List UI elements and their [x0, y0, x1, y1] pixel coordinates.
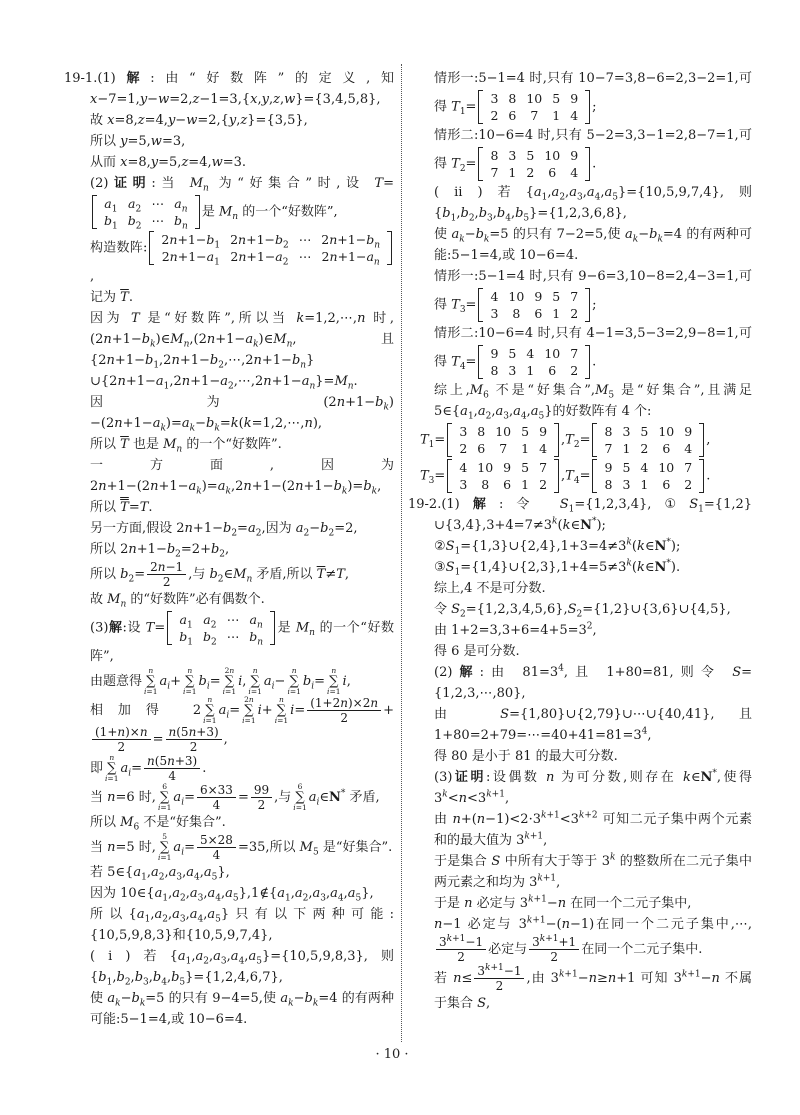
math-var: n: [287, 340, 293, 350]
matrix-cell: b2: [198, 628, 222, 645]
subscript: 3: [198, 894, 204, 904]
matrix-cell: 3: [454, 476, 472, 493]
fraction: 3k+1−12: [474, 964, 524, 993]
solution-paragraph: 于是集合 S 中所有大于等于 3k 的整数所在二元子集中两元素之和均为 3k+1…: [408, 851, 752, 893]
matrix-cell: 3: [503, 147, 521, 164]
matrix-cell: 4: [521, 345, 539, 362]
subscript: k: [313, 999, 318, 1009]
matrix-cell: 7: [599, 440, 617, 457]
subscript: 2: [219, 550, 225, 560]
math-var: b: [442, 206, 450, 221]
matrix-cell: 2n+1−bn: [316, 231, 385, 248]
math-var: k: [244, 416, 252, 431]
math-var: a: [225, 886, 233, 901]
bold-label: 解: [108, 621, 122, 636]
superscript: k+1: [486, 790, 505, 800]
solution-paragraph: 令 S2={1,2,3,4,5,6},S2={1,2}∪{3,6}∪{4,5},: [408, 599, 752, 620]
subscript: 1: [468, 412, 474, 422]
subscript: 1: [285, 894, 291, 904]
math-var: n: [243, 479, 251, 494]
superscript: k+1: [537, 874, 556, 884]
matrix-cell: a2: [123, 195, 147, 212]
matrix-cell: 4: [565, 107, 583, 124]
superscript: 4: [558, 664, 564, 674]
math-var: n: [182, 374, 190, 389]
superscript: k+1: [485, 963, 504, 973]
math-var: k: [682, 970, 687, 980]
solution-paragraph: 使 ak−bk=5 的只有 7−2=5,使 ak−bk=4 的有两种可能:5−1…: [408, 224, 752, 266]
math-var: b: [303, 674, 311, 689]
subscript: 1: [455, 568, 461, 578]
math-var: N: [580, 518, 592, 533]
matrix-bracket-left: [478, 147, 483, 181]
math-var: n: [107, 840, 115, 855]
solution-paragraph: T1=38105926714,T2=83510971264,: [408, 422, 752, 458]
math-var: i: [317, 798, 320, 808]
math-var: b: [98, 970, 106, 985]
matrix-cell: 10: [653, 423, 679, 440]
matrix-cell: 2n+1−b1: [156, 231, 225, 248]
matrix-cell: 7: [485, 164, 503, 181]
math-var: k: [537, 874, 542, 884]
subscript: 6: [133, 823, 139, 833]
math-var: k: [140, 999, 145, 1009]
math-var: k: [313, 999, 318, 1009]
matrix-cell: a1: [99, 195, 123, 212]
solution-paragraph: 情形二:10−6=4 时,只有 5−2=3,3−1=2,8−7=1,可得 T2=…: [408, 125, 752, 182]
summation: n∑i=1: [144, 667, 157, 696]
subscript: 3: [577, 193, 583, 203]
subscript: 4: [505, 214, 511, 224]
matrix-cell: 5: [547, 288, 565, 305]
math-var: y: [120, 134, 127, 149]
math-var: S: [560, 497, 569, 512]
summation: 2n∑i=1: [242, 696, 255, 725]
math-var: M: [296, 621, 309, 636]
math-var: n: [246, 575, 252, 585]
matrix-bracket-left: [478, 288, 483, 322]
solution-paragraph: 当 n=5 时,5∑i=1ai=5×284=35,所以 M5 是“好集合”.: [64, 833, 394, 862]
fraction: (1+2n)×2n2: [307, 696, 381, 725]
matrix-cell: 9: [529, 288, 547, 305]
matrix-cell: 8: [503, 90, 521, 107]
matrix-cell: 6: [498, 476, 516, 493]
superscript: 2: [587, 622, 593, 632]
subscript: 2: [159, 873, 165, 883]
fraction: 3k+1−12: [436, 935, 486, 964]
subscript: n: [309, 628, 315, 638]
math-var: n: [608, 971, 616, 986]
math-var: M: [219, 205, 232, 220]
math-var: k: [214, 424, 219, 434]
math-var: k: [442, 790, 447, 800]
math-var: k: [150, 340, 155, 350]
math-var: T: [120, 290, 129, 305]
subscript: 3: [176, 873, 182, 883]
subscript: i: [317, 798, 320, 808]
math-var: k: [579, 811, 584, 821]
math-var: i: [158, 803, 160, 812]
matrix: 95410783162: [478, 345, 590, 379]
fraction: 6×334: [197, 783, 236, 812]
matrix-cell: ⋯: [294, 231, 317, 248]
subscript: k: [459, 235, 464, 245]
matrix-cell: ⋯: [294, 248, 317, 265]
subscript: 5: [612, 193, 618, 203]
matrix-cell: 10: [521, 90, 547, 107]
math-var: T: [451, 157, 460, 172]
math-var: T: [317, 567, 326, 582]
math-var: k: [372, 487, 377, 497]
subscript: 1: [460, 107, 466, 117]
solution-paragraph: 所以 T=T.: [64, 497, 394, 518]
math-var: T: [420, 469, 429, 484]
math-var: i: [293, 803, 295, 812]
solution-paragraph: 相加得 2n∑i=1ai=2n∑i=1i+n∑i=1i=(1+2n)×2n2+(…: [64, 696, 394, 754]
math-var: n: [238, 232, 246, 247]
subscript: 5: [523, 214, 529, 224]
subscript: k: [383, 403, 388, 413]
math-var: z: [138, 113, 145, 128]
math-var: S: [500, 707, 509, 722]
subscript: 5: [608, 391, 614, 401]
matrix-bracket-left: [92, 195, 97, 229]
math-var: k: [115, 999, 120, 1009]
matrix-cell: ⋯: [222, 628, 245, 645]
subscript: 4: [194, 873, 200, 883]
math-var: T: [120, 500, 129, 515]
subscript: i: [128, 769, 131, 779]
matrix-bracket-right: [699, 459, 704, 493]
matrix-cell: b1: [99, 212, 123, 229]
math-var: n: [120, 600, 126, 610]
math-var: y: [140, 92, 147, 107]
math-var: k: [683, 770, 691, 785]
subscript: n: [176, 445, 182, 455]
math-var: n: [295, 479, 303, 494]
matrix-cell: 4: [454, 459, 472, 476]
math-var: i: [238, 674, 242, 689]
math-var: M: [273, 332, 286, 347]
subscript: k: [253, 340, 258, 350]
matrix-cell: 3: [503, 362, 521, 379]
bold-label: 证明: [452, 770, 486, 785]
solution-paragraph: 所以 y=5,w=3,: [64, 131, 394, 152]
left-column: 19-1.(1)解:由“好数阵”的定义,知 x−7=1,y−w=2,z−1=3,…: [64, 68, 394, 1030]
matrix-bracket-right: [585, 288, 590, 322]
math-var: a: [295, 886, 303, 901]
bold-label: 证明: [108, 176, 151, 191]
math-var: n: [300, 361, 306, 371]
math-var: S: [446, 560, 455, 575]
matrix-cell: 5: [521, 147, 539, 164]
subscript: k: [214, 424, 219, 434]
subscript: n: [300, 361, 306, 371]
matrix: a1a2⋯anb1b2⋯bn: [167, 611, 275, 645]
math-var: T: [336, 567, 345, 582]
math-var: k: [563, 518, 571, 533]
math-var: n: [257, 638, 263, 648]
matrix: 95410783162: [592, 459, 704, 493]
solution-paragraph: ③S1={1,4}∪{2,3},1+4=5≠3k(k∈N*).: [408, 557, 752, 578]
math-var: n: [169, 232, 177, 247]
math-var: x: [120, 155, 127, 170]
math-var: k: [657, 235, 662, 245]
column-divider: [401, 64, 402, 1042]
matrix-cell: 7: [565, 345, 583, 362]
math-var: a: [264, 674, 272, 689]
solution-paragraph: 得 6 是可分数.: [408, 641, 752, 662]
superscript: *: [712, 769, 717, 779]
solution-paragraph: 所以 b2=2n−12,与 b2∈Mn 矛盾,所以 T≠T,: [64, 560, 394, 589]
math-var: b: [199, 674, 207, 689]
math-var: a: [275, 249, 282, 264]
subscript: n: [374, 258, 380, 268]
subscript: 2: [460, 164, 466, 174]
math-var: M: [190, 176, 203, 191]
superscript: *: [666, 538, 671, 548]
math-var: n: [185, 521, 193, 536]
subscript: k: [160, 424, 165, 434]
matrix-cell: ⋯: [222, 611, 245, 628]
math-var: i: [287, 687, 289, 696]
matrix-cell: 5: [503, 345, 521, 362]
subscript: 2: [228, 382, 234, 392]
subscript: 2: [328, 529, 334, 539]
math-var: b: [305, 991, 313, 1006]
summation: n∑i=1: [287, 667, 300, 696]
matrix-bracket-right: [387, 231, 392, 265]
solution-paragraph: 由题意得n∑i=1ai+n∑i=1bi=2n∑i=1i,n∑i=1ai−n∑i=…: [64, 667, 394, 696]
math-var: a: [174, 196, 181, 211]
matrix-bracket-right: [270, 611, 275, 645]
matrix-cell: a1: [174, 611, 198, 628]
matrix-cell: 9: [565, 147, 583, 164]
math-var: n: [546, 770, 554, 785]
solution-paragraph: (2)解:由 81=34,且 1+80=81,则令 S={1,2,3,⋯,80}…: [408, 662, 752, 704]
math-var: T: [451, 298, 460, 313]
right-column: 情形一:5−1=4 时,只有 10−7=3,8−6=2,3−2=1,可得 T1=…: [408, 68, 752, 1014]
math-var: b: [128, 213, 136, 228]
subscript: 4: [460, 362, 466, 372]
solution-paragraph: 当 n=6 时,6∑i=1ai=6×334=992,与6∑i=1ai∈N* 矛盾…: [64, 783, 394, 812]
matrix-cell: 5: [516, 423, 534, 440]
math-var: i: [207, 682, 210, 692]
solution-paragraph: 情形一:5−1=4 时,只有 10−7=3,8−6=2,3−2=1,可得 T1=…: [408, 68, 752, 125]
math-var: n: [117, 725, 125, 739]
math-var: k: [231, 416, 239, 431]
subscript: i: [181, 798, 184, 808]
subscript: 3: [143, 978, 149, 988]
superscript: k: [442, 790, 447, 800]
matrix-cell: bn: [169, 212, 193, 229]
solution-paragraph: 使 ak−bk=5 的只有 9−4=5,使 ak−bk=4 的有两种可能:5−1…: [64, 988, 394, 1030]
math-var: k: [190, 424, 195, 434]
math-var: S: [477, 996, 486, 1011]
superscript: k+1: [559, 970, 578, 980]
math-var: b: [497, 206, 505, 221]
problem-start-paragraph: 19-2.(1)解:令 S1={1,2,3,4},①S1={1,2}∪{3,4}…: [408, 494, 752, 536]
math-var: w: [186, 113, 197, 128]
math-var: n: [434, 917, 442, 932]
math-var: N: [654, 539, 666, 554]
superscript: k+1: [682, 970, 701, 980]
matrix-cell: 5: [516, 459, 534, 476]
subscript: 2: [303, 529, 309, 539]
subscript: 2: [162, 915, 168, 925]
subscript: 1: [145, 915, 151, 925]
superscript: k: [552, 517, 557, 527]
math-var: i: [181, 848, 184, 858]
math-var: T: [120, 437, 129, 452]
subscript: 5: [179, 978, 185, 988]
math-var: b: [460, 206, 468, 221]
subscript: 3: [429, 476, 435, 486]
subscript: 2: [460, 610, 466, 620]
math-var: i: [327, 687, 329, 696]
solution-paragraph: 综上,4 不是可分数.: [408, 578, 752, 599]
subscript: 2: [577, 610, 583, 620]
matrix-bracket-right: [699, 423, 704, 457]
matrix-cell: 10: [503, 288, 529, 305]
math-var: i: [128, 769, 131, 779]
subscript: n: [246, 575, 252, 585]
math-var: b: [203, 629, 211, 644]
math-var: n: [374, 258, 380, 268]
subscript: n: [203, 184, 209, 194]
overline: T: [317, 567, 326, 582]
solution-paragraph: (ⅰ)若{a1,a2,a3,a4,a5}={10,5,9,8,3},则{b1,b…: [64, 946, 394, 988]
solution-paragraph: 综上,M6 不是“好集合”,M5 是“好集合”,且满足 5∈{a1,a2,a3,…: [408, 380, 752, 422]
math-var: S: [732, 665, 741, 680]
math-var: i: [272, 682, 275, 692]
math-var: i: [223, 687, 225, 696]
math-var: k: [626, 538, 631, 548]
math-var: k: [288, 999, 293, 1009]
matrix-bracket-right: [585, 345, 590, 379]
superscript: k+1: [528, 895, 547, 905]
math-var: y: [168, 113, 175, 128]
subscript: 2: [211, 638, 217, 648]
matrix-cell: 7: [521, 107, 547, 124]
solution-paragraph: 得 80 是小于 81 的最大可分数.: [408, 746, 752, 767]
math-var: b: [153, 970, 161, 985]
solution-paragraph: 因为 T 是“好数阵”,所以当 k=1,2,⋯,n 时,(2n+1−bk)∈Mn…: [64, 308, 394, 392]
math-var: a: [180, 612, 187, 627]
subscript: 1: [429, 440, 435, 450]
math-var: a: [280, 991, 288, 1006]
math-var: a: [277, 886, 285, 901]
subscript: k: [657, 235, 662, 245]
subscript: 5: [212, 873, 218, 883]
math-var: x: [107, 113, 114, 128]
math-var: a: [534, 185, 542, 200]
math-var: k: [459, 235, 464, 245]
summation: 2n∑i=1: [223, 667, 236, 696]
superscript: 4: [642, 727, 648, 737]
matrix-cell: 7: [534, 459, 552, 476]
matrix-cell: 8: [503, 305, 529, 322]
solution-paragraph: 故 x=8,z=4,y−w=2,{y,z}={3,5},: [64, 110, 394, 131]
math-var: a: [207, 907, 215, 922]
matrix-cell: 9: [498, 459, 516, 476]
fraction: n(5n+3)2: [166, 725, 222, 754]
matrix-cell: 10: [539, 345, 565, 362]
subscript: 6: [483, 391, 489, 401]
matrix: a1a2⋯anb1b2⋯bn: [92, 195, 200, 229]
math-var: w: [151, 134, 162, 149]
subscript: 1: [542, 193, 548, 203]
math-var: n: [558, 896, 566, 911]
math-var: k: [610, 853, 615, 863]
subscript: n: [257, 638, 263, 648]
math-var: i: [258, 703, 262, 718]
subscript: 3: [320, 894, 326, 904]
math-var: n: [337, 395, 345, 410]
subscript: 2: [574, 440, 580, 450]
math-var: w: [212, 155, 223, 170]
math-var: n: [340, 696, 348, 710]
matrix-cell: 1: [516, 440, 534, 457]
subscript: i: [181, 848, 184, 858]
matrix-cell: 8: [485, 362, 503, 379]
subscript: n: [348, 382, 354, 392]
math-var: a: [478, 404, 486, 419]
math-var: T: [146, 621, 155, 636]
matrix-cell: ⋯: [147, 195, 170, 212]
overline: T: [120, 290, 129, 305]
matrix-cell: 10: [539, 147, 565, 164]
solution-paragraph: (3)解:设 T=a1a2⋯anb1b2⋯bn是 Mn 的一个“好数阵”,: [64, 610, 394, 667]
math-var: n: [370, 696, 378, 710]
math-var: n: [348, 382, 354, 392]
math-var: a: [220, 374, 228, 389]
subscript: 4: [161, 978, 167, 988]
math-var: k: [196, 487, 201, 497]
matrix-cell: b1: [174, 628, 198, 645]
math-var: y: [151, 155, 158, 170]
matrix-cell: 6: [539, 164, 565, 181]
superscript: k: [610, 853, 615, 863]
math-var: a: [182, 416, 190, 431]
subscript: 3: [503, 412, 509, 422]
math-var: a: [330, 886, 338, 901]
math-var: n: [150, 479, 158, 494]
math-var: a: [250, 612, 257, 627]
subscript: 2: [203, 957, 209, 967]
matrix-cell: 4: [485, 288, 503, 305]
subscript: k: [115, 999, 120, 1009]
matrix-cell: 2: [635, 440, 653, 457]
math-var: n: [158, 560, 166, 574]
math-var: i: [242, 716, 244, 725]
math-var: n: [103, 332, 111, 347]
subscript: 3: [487, 214, 493, 224]
matrix-cell: 6: [503, 107, 521, 124]
math-var: n: [207, 332, 215, 347]
math-var: a: [531, 404, 539, 419]
solution-paragraph: ②S1={1,3}∪{2,4},1+3=4≠3k(k∈N*);: [408, 536, 752, 557]
math-var: a: [569, 185, 577, 200]
math-var: n: [357, 311, 365, 326]
superscript: k: [626, 559, 631, 569]
math-var: b: [275, 232, 283, 247]
matrix-cell: 5: [547, 90, 565, 107]
subscript: k: [225, 487, 230, 497]
math-var: n: [329, 232, 337, 247]
subscript: 2: [180, 894, 186, 904]
subscript: 5: [233, 894, 239, 904]
